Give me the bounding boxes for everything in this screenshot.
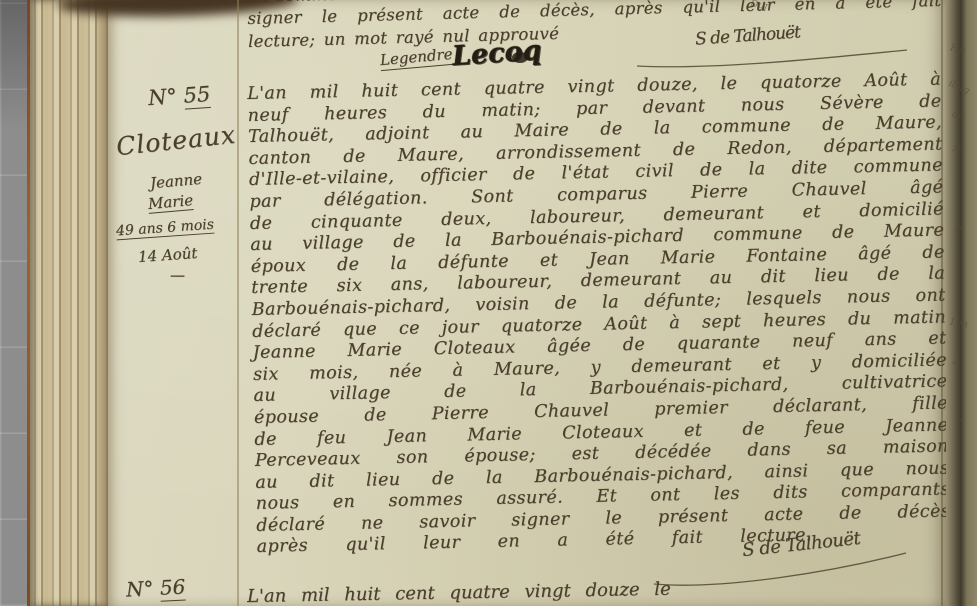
signature-flourish	[635, 46, 910, 68]
register-scan: en sommes assurés signer le présent acte…	[0, 0, 977, 606]
act-number: N° 55	[147, 82, 211, 110]
facing-page-fragment: Ja	[953, 141, 965, 154]
ink-blot	[512, 52, 528, 63]
facing-page-fragment: N	[954, 221, 964, 233]
next-act-number-prefix: N°	[125, 576, 154, 601]
act-number-prefix: N°	[147, 84, 177, 110]
act-number-value: 55	[183, 82, 211, 110]
next-act-number: N° 56	[125, 574, 185, 601]
act-body: L'an mil huit cent quatre vingt douze, l…	[247, 69, 951, 558]
book-page-edges	[30, 0, 110, 606]
margin-rule-line	[237, 0, 239, 606]
witness-signature-lecoq: Lecoq	[451, 35, 542, 72]
decedent-given-name: Marie	[147, 191, 194, 214]
next-act-number-value: 56	[159, 574, 186, 601]
margin-dash: —	[170, 266, 185, 284]
facing-page-fragment: 2.	[951, 355, 962, 367]
